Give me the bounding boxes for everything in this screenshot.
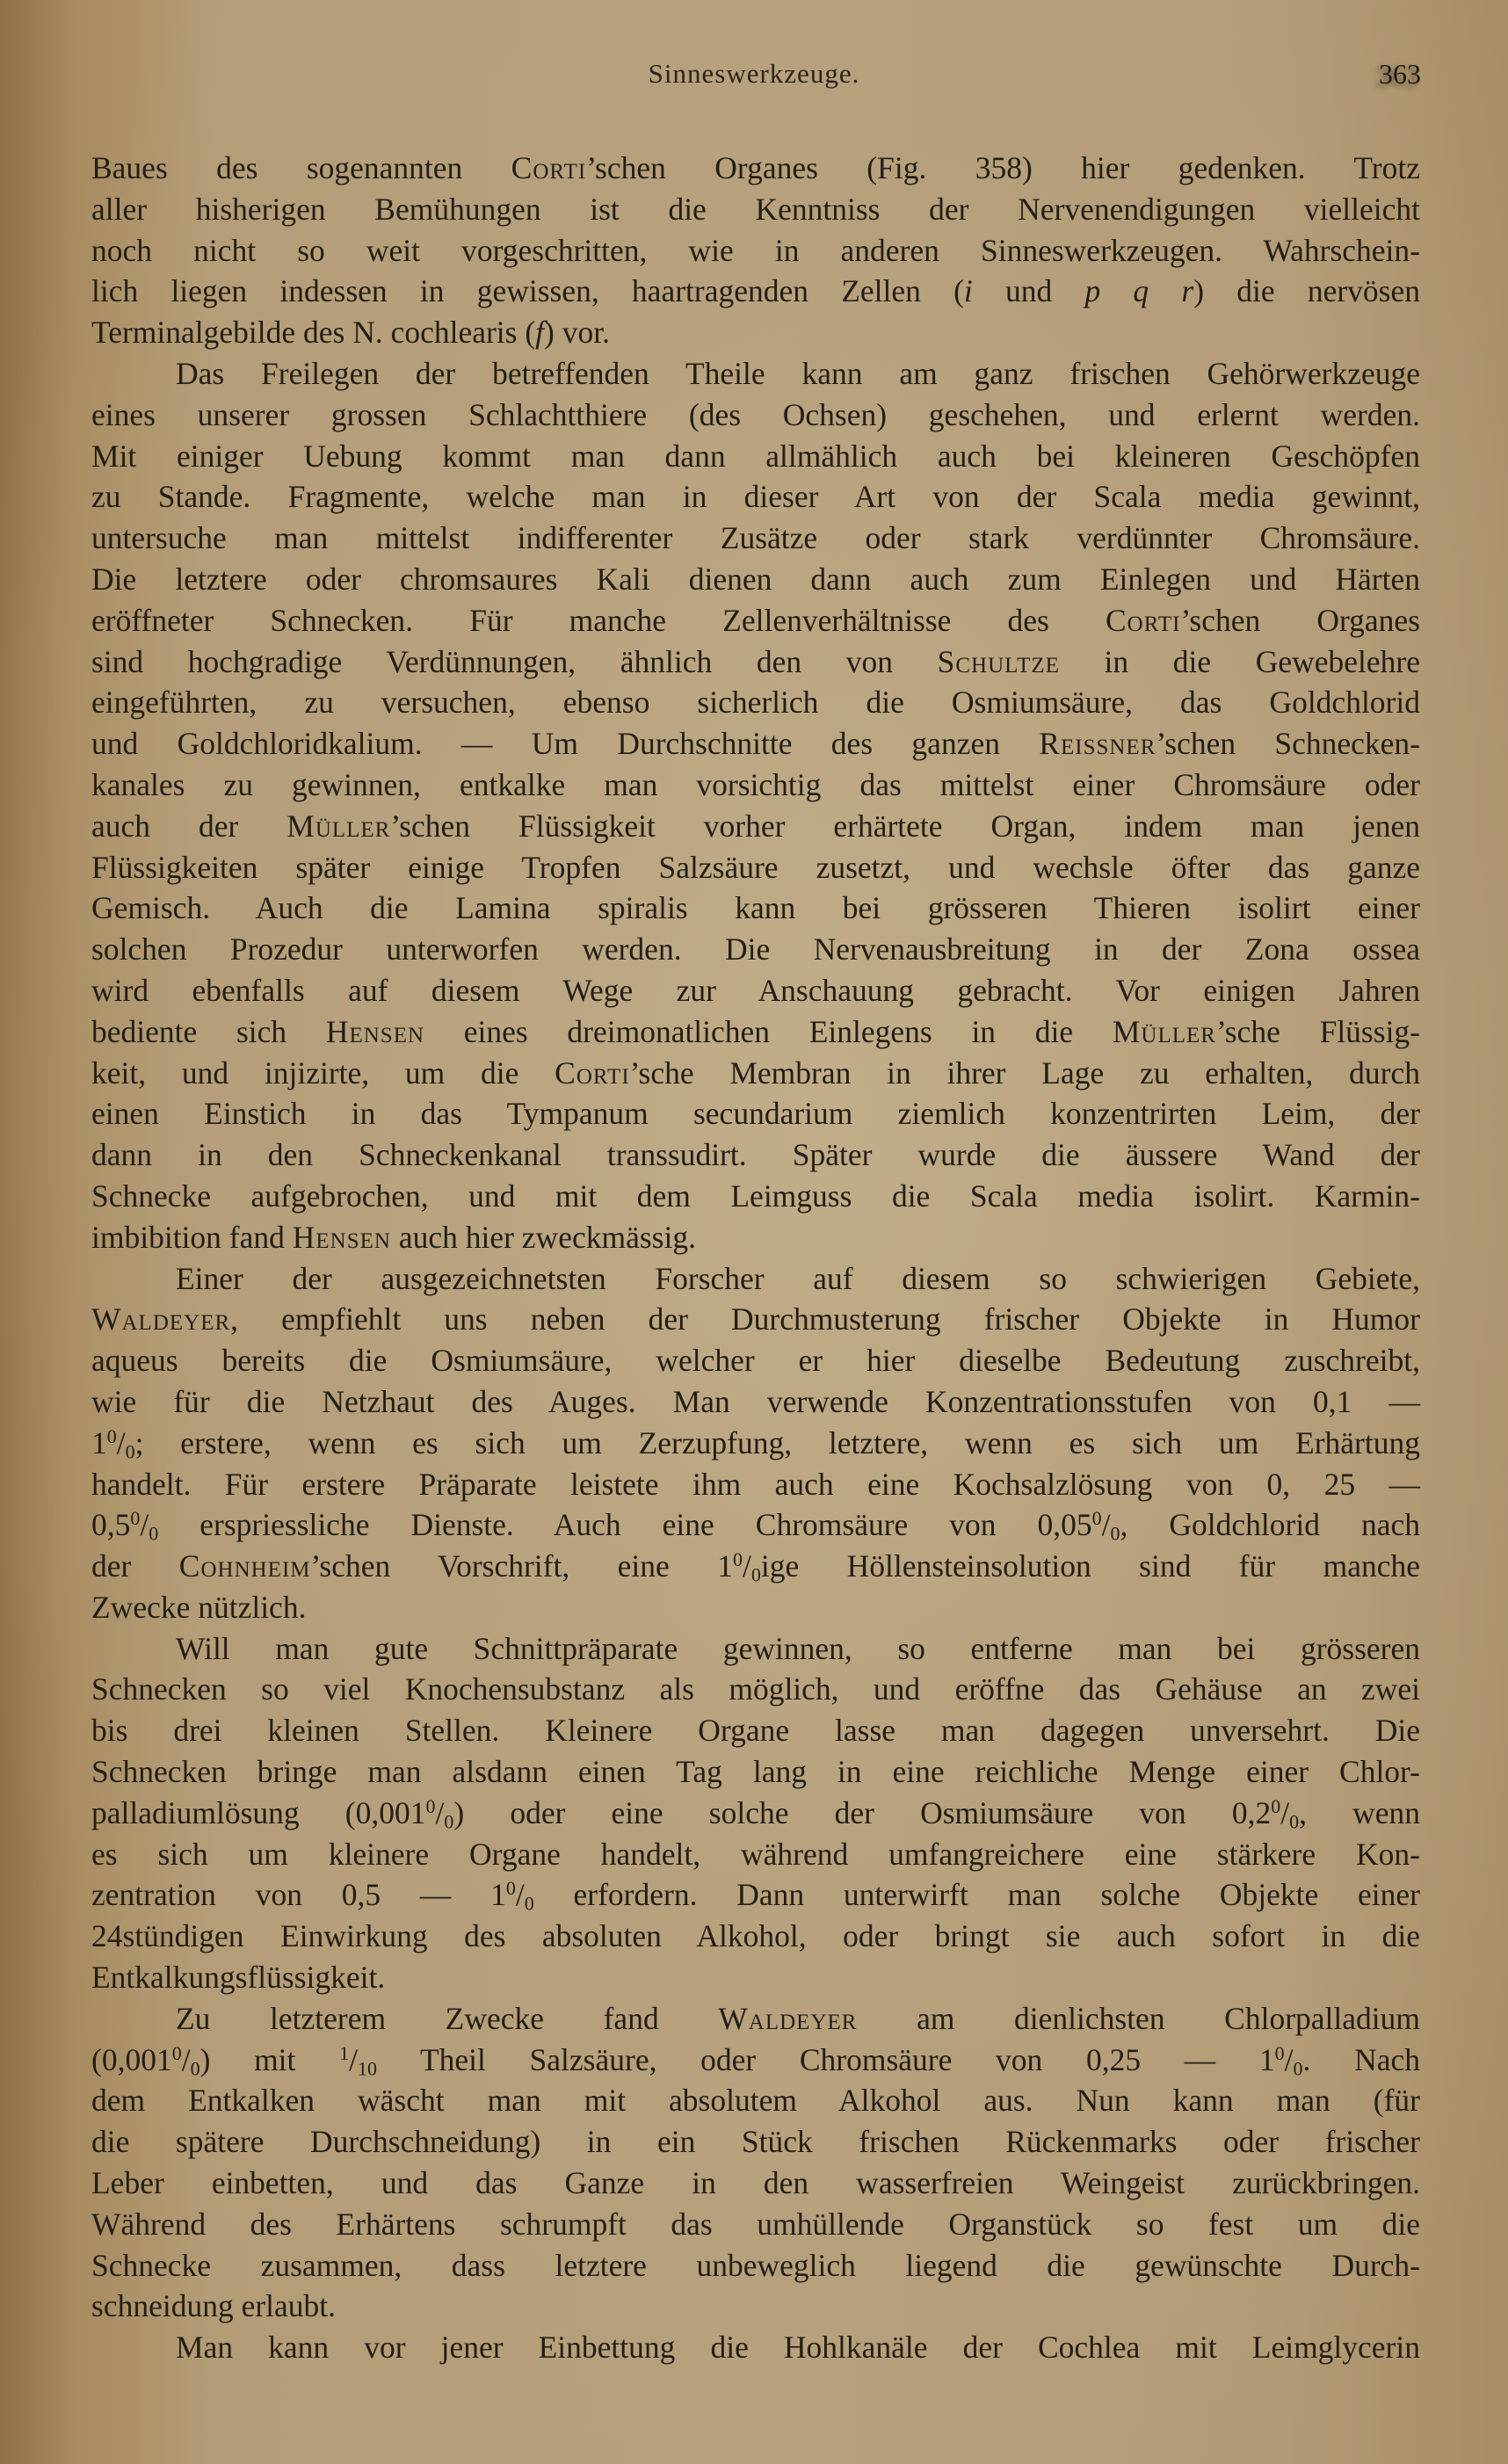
text-run: Flüssigkeiten später einige Tropfen Salz… <box>91 850 1420 885</box>
author-name: Waldeyer <box>91 1301 230 1337</box>
text-run: Schnecken bringe man alsdann einen Tag l… <box>91 1754 1420 1789</box>
text-line: Das Freilegen der betreffenden Theile ka… <box>91 353 1420 395</box>
text-run: (0,001 <box>91 2042 172 2077</box>
text-line: Entkalkungsflüssigkeit. <box>91 1957 1420 1998</box>
text-run: der <box>91 1548 179 1583</box>
text-run: noch nicht so weit vorgeschritten, wie i… <box>91 233 1420 268</box>
author-name: Hensen <box>326 1014 424 1049</box>
text-run: Leber einbetten, und das Ganze in den wa… <box>91 2165 1420 2200</box>
text-line: untersuche man mittelst indifferenter Zu… <box>91 518 1420 559</box>
text-run: , wenn <box>1299 1795 1420 1830</box>
text-run: eröffneter Schnecken. Für manche Zellenv… <box>91 603 1106 638</box>
text-run: Will man gute Schnittpräparate gewinnen,… <box>176 1631 1420 1666</box>
text-line: eingeführten, zu versuchen, ebenso siche… <box>91 682 1420 723</box>
text-run: erfordern. Dann unterwirft man solche Ob… <box>534 1877 1420 1912</box>
text-line: solchen Prozedur unterworfen werden. Die… <box>91 929 1420 970</box>
text-run: Entkalkungsflüssigkeit. <box>91 1960 385 1995</box>
text-run: , Goldchlorid nach <box>1120 1507 1420 1542</box>
text-run: ige Höllensteinsolution sind für manche <box>761 1548 1420 1583</box>
percent-sign: 0/0 <box>1271 1795 1299 1830</box>
text-line: Flüssigkeiten später einige Tropfen Salz… <box>91 847 1420 888</box>
text-line: 10/0; erstere, wenn es sich um Zerzupfun… <box>91 1423 1420 1464</box>
text-run: lich liegen indessen in gewissen, haartr… <box>91 273 964 308</box>
text-line: Mit einiger Uebung kommt man dann allmäh… <box>91 436 1420 477</box>
text-line: aller hisherigen Bemühungen ist die Kenn… <box>91 189 1420 230</box>
text-line: 0,50/0 erspriessliche Dienste. Auch eine… <box>91 1504 1420 1546</box>
text-line: imbibition fand Hensen auch hier zweckmä… <box>91 1217 1420 1258</box>
author-name: Schultze <box>938 644 1060 679</box>
text-run: Man kann vor jener Einbettung die Hohlka… <box>176 2330 1420 2365</box>
text-line: palladiumlösung (0,0010/0) oder eine sol… <box>91 1793 1420 1834</box>
figure-label: i <box>964 273 973 308</box>
text-run: die spätere Durchschneidung) in ein Stüc… <box>91 2124 1420 2159</box>
text-line: kanales zu gewinnen, entkalke man vorsic… <box>91 765 1420 806</box>
text-run: ) die nervösen <box>1193 273 1420 308</box>
text-line: lich liegen indessen in gewissen, haartr… <box>91 271 1420 312</box>
text-run: Theil Salzsäure, oder Chromsäure von 0,2… <box>377 2042 1275 2077</box>
text-line: Schnecken so viel Knochensubstanz als mö… <box>91 1669 1420 1710</box>
text-run: Einer der ausgezeichnetsten Forscher auf… <box>176 1261 1420 1296</box>
figure-label: f <box>535 315 544 350</box>
text-run: dann in den Schneckenkanal transsudirt. … <box>91 1137 1420 1172</box>
author-name: Corti <box>555 1055 630 1091</box>
text-line: Während des Erhärtens schrumpft das umhü… <box>91 2204 1420 2245</box>
text-line: 24stündigen Einwirkung des absoluten Alk… <box>91 1916 1420 1957</box>
text-line: sind hochgradige Verdünnungen, ähnlich d… <box>91 641 1420 683</box>
text-run: ; erstere, wenn es sich um Zerzupfung, l… <box>135 1425 1420 1460</box>
text-line: zentration von 0,5 — 10/0 erfordern. Dan… <box>91 1874 1420 1916</box>
text-run: Baues des sogenannten <box>91 150 511 185</box>
text-run: erspriessliche Dienste. Auch eine Chroms… <box>158 1507 1091 1542</box>
text-line: Zwecke nützlich. <box>91 1587 1420 1628</box>
text-line: wie für die Netzhaut des Auges. Man verw… <box>91 1381 1420 1423</box>
text-run: zentration von 0,5 — 1 <box>91 1877 506 1912</box>
text-run: ’sche Flüssig- <box>1216 1014 1420 1049</box>
text-line: es sich um kleinere Organe handelt, währ… <box>91 1834 1420 1875</box>
text-run: ’schen Vorschrift, eine 1 <box>311 1548 733 1583</box>
text-run: wird ebenfalls auf diesem Wege zur Ansch… <box>91 973 1420 1008</box>
text-run: Terminalgebilde des N. cochlearis ( <box>91 315 535 350</box>
percent-sign: 0/0 <box>172 2042 200 2077</box>
text-line: Einer der ausgezeichnetsten Forscher auf… <box>91 1258 1420 1300</box>
text-line: einen Einstich in das Tympanum secundari… <box>91 1093 1420 1134</box>
text-line: Will man gute Schnittpräparate gewinnen,… <box>91 1628 1420 1670</box>
text-run: schneidung erlaubt. <box>91 2288 336 2323</box>
text-line: eröffneter Schnecken. Für manche Zellenv… <box>91 600 1420 641</box>
text-run: wie für die Netzhaut des Auges. Man verw… <box>91 1384 1420 1419</box>
text-run: auch hier zweckmässig. <box>391 1220 696 1255</box>
text-line: dem Entkalken wäscht man mit absolutem A… <box>91 2080 1420 2121</box>
author-name: Cohnheim <box>179 1548 311 1583</box>
text-line: Baues des sogenannten Corti’schen Organe… <box>91 148 1420 189</box>
author-name: Waldeyer <box>718 2001 857 2036</box>
text-run: es sich um kleinere Organe handelt, währ… <box>91 1837 1420 1872</box>
text-run: auch der <box>91 808 286 844</box>
text-run: dem Entkalken wäscht man mit absolutem A… <box>91 2083 1420 2118</box>
percent-sign: 0/0 <box>733 1548 761 1583</box>
text-line: dann in den Schneckenkanal transsudirt. … <box>91 1134 1420 1176</box>
text-line: noch nicht so weit vorgeschritten, wie i… <box>91 230 1420 272</box>
text-line: der Cohnheim’schen Vorschrift, eine 10/0… <box>91 1546 1420 1587</box>
text-run: am dienlichsten Chlorpalladium <box>857 2001 1420 2036</box>
text-line: bediente sich Hensen eines dreimonatlich… <box>91 1011 1420 1053</box>
text-run: ) mit <box>200 2042 340 2077</box>
text-run: einen Einstich in das Tympanum secundari… <box>91 1096 1420 1131</box>
text-run: Die letztere oder chromsaures Kali diene… <box>91 562 1420 597</box>
text-line: Man kann vor jener Einbettung die Hohlka… <box>91 2327 1420 2368</box>
page-number: 363 <box>1358 58 1421 91</box>
text-run: bis drei kleinen Stellen. Kleinere Organ… <box>91 1713 1420 1748</box>
text-line: und Goldchloridkalium. — Um Durchschnitt… <box>91 723 1420 765</box>
percent-sign: 0/0 <box>425 1795 453 1830</box>
author-name: Müller <box>286 808 390 844</box>
author-name: Corti <box>511 150 587 185</box>
text-run: in die Gewebelehre <box>1060 644 1420 679</box>
text-run: sind hochgradige Verdünnungen, ähnlich d… <box>91 644 938 679</box>
text-run: Mit einiger Uebung kommt man dann allmäh… <box>91 438 1420 474</box>
text-run: handelt. Für erstere Präparate leistete … <box>91 1467 1420 1502</box>
text-run: aller hisherigen Bemühungen ist die Kenn… <box>91 192 1420 227</box>
percent-sign: 0/0 <box>1092 1507 1120 1542</box>
text-line: Terminalgebilde des N. cochlearis (f) vo… <box>91 312 1420 353</box>
text-run: eines unserer grossen Schlachtthiere (de… <box>91 397 1420 432</box>
percent-sign: 0/0 <box>1275 2042 1303 2077</box>
text-line: eines unserer grossen Schlachtthiere (de… <box>91 395 1420 436</box>
text-run: imbibition fand <box>91 1220 293 1255</box>
text-run: ’sche Membran in ihrer Lage zu erhalten,… <box>630 1055 1420 1091</box>
text-run: eines dreimonatlichen Einlegens in die <box>424 1014 1113 1049</box>
text-line: handelt. Für erstere Präparate leistete … <box>91 1464 1420 1505</box>
text-run: ’schen Flüssigkeit vorher erhärtete Orga… <box>390 808 1420 844</box>
text-run: Zu letzterem Zwecke fand <box>176 2001 718 2036</box>
text-line: Die letztere oder chromsaures Kali diene… <box>91 559 1420 600</box>
text-run: ’schen Organes (Fig. 358) hier gedenken.… <box>586 150 1420 185</box>
text-run: 0,5 <box>91 1507 130 1542</box>
author-name: Hensen <box>293 1220 391 1255</box>
text-run: 1 <box>91 1425 107 1460</box>
text-run: palladiumlösung (0,001 <box>91 1795 425 1830</box>
text-line: zu Stande. Fragmente, welche man in dies… <box>91 476 1420 518</box>
text-run: Zwecke nützlich. <box>91 1590 306 1625</box>
text-run: aqueus bereits die Osmiumsäure, welcher … <box>91 1343 1420 1378</box>
percent-sign: 0/0 <box>506 1877 534 1912</box>
text-line: auch der Müller’schen Flüssigkeit vorher… <box>91 806 1420 847</box>
text-line: (0,0010/0) mit 1/10 Theil Salzsäure, ode… <box>91 2040 1420 2081</box>
text-run: 24stündigen Einwirkung des absoluten Alk… <box>91 1918 1420 1953</box>
author-name: Reissner <box>1039 726 1156 761</box>
text-run: Schnecken so viel Knochensubstanz als mö… <box>91 1671 1420 1707</box>
text-line: die spätere Durchschneidung) in ein Stüc… <box>91 2121 1420 2163</box>
figure-label: p q r <box>1084 273 1193 308</box>
text-run: und Goldchloridkalium. — Um Durchschnitt… <box>91 726 1039 761</box>
text-run: und <box>973 273 1085 308</box>
text-run: Schnecke zusammen, dass letztere unbeweg… <box>91 2248 1420 2283</box>
running-title: Sinneswerkzeuge. <box>0 58 1508 90</box>
text-line: Schnecke zusammen, dass letztere unbeweg… <box>91 2245 1420 2286</box>
text-run: keit, und injizirte, um die <box>91 1055 555 1091</box>
text-run: Schnecke aufgebrochen, und mit dem Leimg… <box>91 1178 1420 1214</box>
text-run: Gemisch. Auch die Lamina spiralis kann b… <box>91 890 1420 925</box>
text-run: solchen Prozedur unterworfen werden. Die… <box>91 931 1420 967</box>
body-text: Baues des sogenannten Corti’schen Organe… <box>91 148 1420 2368</box>
text-run: eingeführten, zu versuchen, ebenso siche… <box>91 685 1420 720</box>
percent-sign: 0/0 <box>107 1425 135 1460</box>
text-line: bis drei kleinen Stellen. Kleinere Organ… <box>91 1710 1420 1751</box>
text-run: ’schen Schnecken- <box>1156 726 1420 761</box>
text-line: Leber einbetten, und das Ganze in den wa… <box>91 2163 1420 2204</box>
fraction: 1/10 <box>339 2042 377 2077</box>
text-line: Schnecke aufgebrochen, und mit dem Leimg… <box>91 1176 1420 1217</box>
percent-sign: 0/0 <box>130 1507 158 1542</box>
text-line: keit, und injizirte, um die Corti’sche M… <box>91 1053 1420 1094</box>
text-run: Das Freilegen der betreffenden Theile ka… <box>176 356 1420 391</box>
text-run: bediente sich <box>91 1014 326 1049</box>
text-run: kanales zu gewinnen, entkalke man vorsic… <box>91 767 1420 802</box>
text-run: ) oder eine solche der Osmiumsäure von 0… <box>453 1795 1271 1830</box>
text-line: Schnecken bringe man alsdann einen Tag l… <box>91 1751 1420 1793</box>
text-line: wird ebenfalls auf diesem Wege zur Ansch… <box>91 970 1420 1011</box>
text-run: ’schen Organes <box>1181 603 1420 638</box>
text-line: Gemisch. Auch die Lamina spiralis kann b… <box>91 888 1420 929</box>
text-run: , empfiehlt uns neben der Durchmusterung… <box>230 1301 1420 1337</box>
book-page: Sinneswerkzeuge. 363 Baues des sogenannt… <box>0 0 1508 2464</box>
text-run: zu Stande. Fragmente, welche man in dies… <box>91 479 1420 514</box>
text-run: ) vor. <box>544 315 610 350</box>
text-line: Zu letzterem Zwecke fand Waldeyer am die… <box>91 1998 1420 2040</box>
text-run: Während des Erhärtens schrumpft das umhü… <box>91 2207 1420 2242</box>
text-run: untersuche man mittelst indifferenter Zu… <box>91 520 1420 555</box>
author-name: Corti <box>1106 603 1181 638</box>
text-line: Waldeyer, empfiehlt uns neben der Durchm… <box>91 1299 1420 1340</box>
text-line: aqueus bereits die Osmiumsäure, welcher … <box>91 1340 1420 1381</box>
author-name: Müller <box>1113 1014 1216 1049</box>
text-line: schneidung erlaubt. <box>91 2286 1420 2327</box>
text-run: . Nach <box>1303 2042 1420 2077</box>
